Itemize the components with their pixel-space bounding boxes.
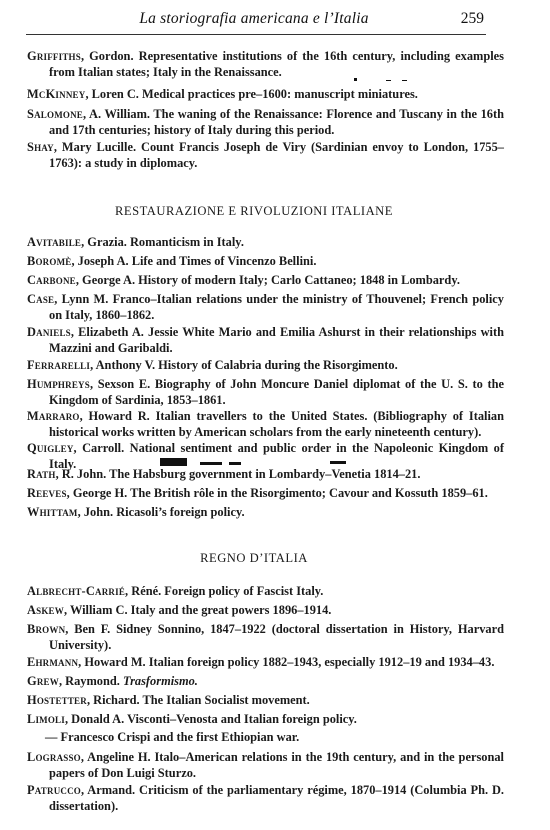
entry-title: The Habsburg government in Lombardy–Vene…: [109, 467, 420, 481]
page-number: 259: [461, 10, 484, 28]
bibliography-entry: Griffiths, Gordon. Representative instit…: [27, 49, 504, 80]
bibliography-entry: Boromè, Joseph A. Life and Times of Vinc…: [27, 254, 504, 270]
bibliography-entry: Avitabile, Grazia. Romanticism in Italy.: [27, 235, 504, 251]
document-page: La storiografia americana e l’Italia 259…: [0, 0, 550, 830]
scan-artifact: [402, 80, 407, 81]
entry-author: Case: [27, 292, 54, 306]
entry-author: Marraro: [27, 409, 80, 423]
entry-title: Trasformismo.: [123, 674, 198, 688]
scan-artifact: [330, 461, 346, 464]
entry-given-name: , Carroll.: [74, 441, 130, 455]
entry-title: Visconti–Venosta and Italian foreign pol…: [127, 712, 357, 726]
bibliography-entry: Ehrmann, Howard M. Italian foreign polic…: [27, 655, 504, 671]
entry-author: Boromè: [27, 254, 71, 268]
bibliography-entry: Grew, Raymond. Trasformismo.: [27, 674, 504, 690]
entry-title-italic: Trasformismo.: [123, 674, 198, 688]
entry-title: The British rôle in the Risorgimento; Ca…: [130, 486, 488, 500]
bibliography-entry: Askew, William C. Italy and the great po…: [27, 603, 504, 619]
entry-title: Italy and the great powers 1896–1914.: [131, 603, 332, 617]
scan-artifact: [200, 462, 222, 465]
entry-author: Rath: [27, 467, 56, 481]
entry-given-name: , Lynn M.: [54, 292, 112, 306]
entry-title: Francesco Crispi and the first Ethiopian…: [61, 730, 300, 744]
entry-author: Grew: [27, 674, 59, 688]
entry-given-name: , R. John.: [56, 467, 109, 481]
entry-given-name: , George A.: [76, 273, 138, 287]
entry-given-name: , Richard.: [87, 693, 143, 707]
bibliography-entry: Brown, Ben F. Sidney Sonnino, 1847–1922 …: [27, 622, 504, 653]
entry-given-name: , Mary Lucille.: [54, 140, 141, 154]
entry-author: Patrucco: [27, 783, 81, 797]
entry-author: McKinney: [27, 87, 85, 101]
scan-artifact: [386, 80, 391, 81]
entry-author: Albrecht-Carrié: [27, 584, 125, 598]
entry-author: Shay: [27, 140, 54, 154]
header-rule: [26, 34, 486, 35]
entry-given-name: , Armand.: [81, 783, 139, 797]
entry-given-name: , Donald A.: [65, 712, 127, 726]
bibliography-entry: Marraro, Howard R. Italian travellers to…: [27, 409, 504, 440]
entry-title: History of modern Italy; Carlo Cattaneo;…: [138, 273, 460, 287]
entry-given-name: , Howard R.: [80, 409, 156, 423]
bibliography-entry: McKinney, Loren C. Medical practices pre…: [27, 87, 504, 103]
bibliography-entry: Case, Lynn M. Franco–Italian relations u…: [27, 292, 504, 323]
scan-artifact: [160, 458, 187, 466]
entry-author: Ferrarelli: [27, 358, 90, 372]
entry-author: Carbone: [27, 273, 76, 287]
entry-title: Ricasoli’s foreign policy.: [116, 505, 244, 519]
entry-author: Avitabile: [27, 235, 81, 249]
entry-author: Salomone: [27, 107, 83, 121]
entry-given-name: , Grazia.: [81, 235, 130, 249]
entry-given-name: —: [45, 730, 61, 744]
entry-author: Humphreys: [27, 377, 90, 391]
bibliography-entry: Ferrarelli, Anthony V. History of Calabr…: [27, 358, 504, 374]
running-title: La storiografia americana e l’Italia: [26, 10, 482, 28]
entry-author: Askew: [27, 603, 64, 617]
bibliography-entry: Carbone, George A. History of modern Ita…: [27, 273, 504, 289]
entry-given-name: , Raymond.: [59, 674, 123, 688]
entry-title: Italian foreign policy 1882–1943, especi…: [149, 655, 495, 669]
entry-title: The Italian Socialist movement.: [143, 693, 310, 707]
bibliography-entry: Albrecht-Carrié, Réné. Foreign policy of…: [27, 584, 504, 600]
entry-author: Brown: [27, 622, 65, 636]
entry-title: Medical practices pre–1600: manuscript m…: [142, 87, 418, 101]
entry-given-name: , John.: [78, 505, 117, 519]
entry-given-name: , Anthony V.: [90, 358, 158, 372]
section-heading: RESTAURAZIONE E RIVOLUZIONI ITALIANE: [26, 204, 482, 219]
entry-given-name: , Joseph A.: [71, 254, 131, 268]
entry-title: Life and Times of Vincenzo Bellini.: [132, 254, 317, 268]
bibliography-entry: Daniels, Elizabeth A. Jessie White Mario…: [27, 325, 504, 356]
entry-given-name: , Gordon.: [81, 49, 139, 63]
entry-author: Hostetter: [27, 693, 87, 707]
entry-author: Daniels: [27, 325, 71, 339]
entry-title: History of Calabria during the Risorgime…: [158, 358, 398, 372]
bibliography-entry: Lograsso, Angeline H. Italo–American rel…: [27, 750, 504, 781]
bibliography-entry: Patrucco, Armand. Criticism of the parli…: [27, 783, 504, 814]
entry-given-name: , Angeline H.: [81, 750, 155, 764]
entry-author: Whittam: [27, 505, 78, 519]
section-heading: REGNO D’ITALIA: [26, 551, 482, 566]
running-head: La storiografia americana e l’Italia 259: [26, 6, 482, 28]
entry-author: Ehrmann: [27, 655, 78, 669]
entry-author: Reeves: [27, 486, 67, 500]
entry-given-name: , Sexson E.: [90, 377, 155, 391]
entry-title: Foreign policy of Fascist Italy.: [164, 584, 323, 598]
bibliography-entry: Rath, R. John. The Habsburg government i…: [27, 467, 504, 483]
bibliography-entry: — Francesco Crispi and the first Ethiopi…: [27, 730, 504, 746]
entry-title: Franco–Italian relations under the minis…: [49, 292, 504, 322]
bibliography-entry: Hostetter, Richard. The Italian Socialis…: [27, 693, 504, 709]
bibliography-entry: Limoli, Donald A. Visconti–Venosta and I…: [27, 712, 504, 728]
entry-author: Lograsso: [27, 750, 81, 764]
bibliography-entry: Shay, Mary Lucille. Count Francis Joseph…: [27, 140, 504, 171]
entry-title: Sidney Sonnino, 1847–1922 (doctoral diss…: [49, 622, 504, 652]
entry-given-name: , Réné.: [125, 584, 164, 598]
entry-given-name: , Loren C.: [85, 87, 142, 101]
entry-given-name: , George H.: [67, 486, 130, 500]
entry-title: Romanticism in Italy.: [130, 235, 244, 249]
entry-author: Griffiths: [27, 49, 81, 63]
bibliography-entry: Whittam, John. Ricasoli’s foreign policy…: [27, 505, 504, 521]
scan-artifact: [354, 78, 357, 81]
entry-given-name: , Ben F.: [65, 622, 116, 636]
entry-given-name: , A. William.: [83, 107, 153, 121]
bibliography-entry: Reeves, George H. The British rôle in th…: [27, 486, 504, 502]
entry-given-name: , Elizabeth A.: [71, 325, 148, 339]
entry-given-name: , Howard M.: [78, 655, 149, 669]
entry-author: Quigley: [27, 441, 74, 455]
entry-author: Limoli: [27, 712, 65, 726]
bibliography-entry: Humphreys, Sexson E. Biography of John M…: [27, 377, 504, 408]
entry-given-name: , William C.: [64, 603, 131, 617]
bibliography-entry: Salomone, A. William. The waning of the …: [27, 107, 504, 138]
scan-artifact: [229, 462, 241, 465]
